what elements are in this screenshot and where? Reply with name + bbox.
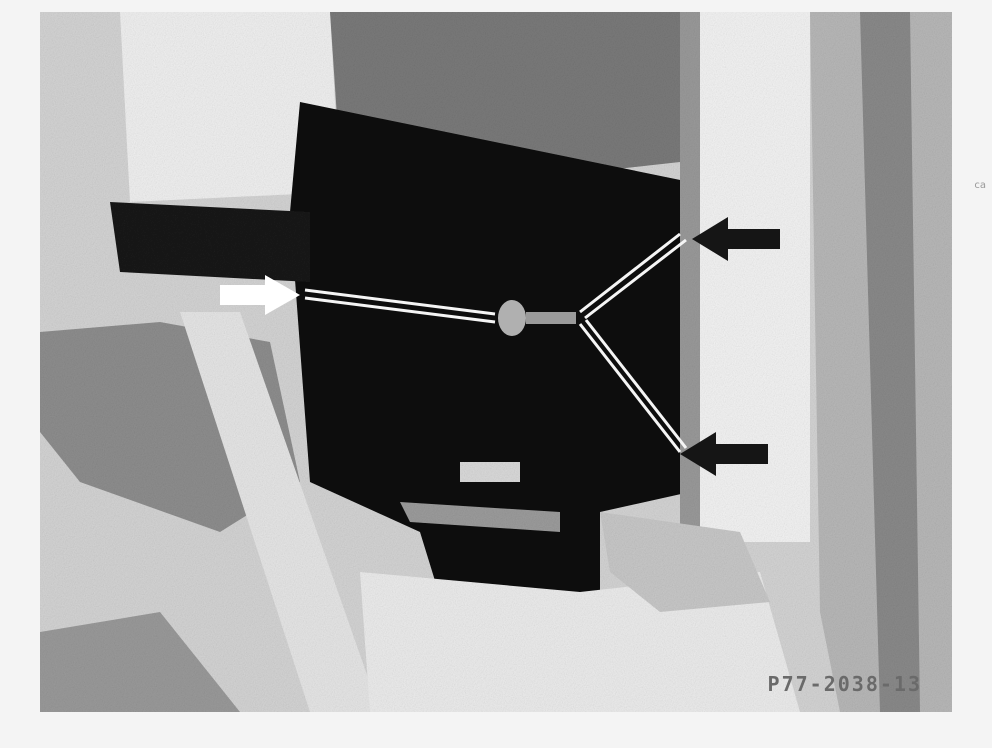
black-arrow-lower-icon bbox=[680, 432, 768, 476]
photo-scene bbox=[40, 12, 952, 712]
white-arrow-icon bbox=[220, 275, 300, 315]
page-frame: P77-2038-13 ca bbox=[0, 0, 992, 748]
black-arrow-upper-icon bbox=[692, 217, 780, 261]
edge-mark: ca bbox=[974, 180, 986, 191]
photograph bbox=[40, 12, 952, 712]
figure-label: P77-2038-13 bbox=[768, 672, 922, 696]
